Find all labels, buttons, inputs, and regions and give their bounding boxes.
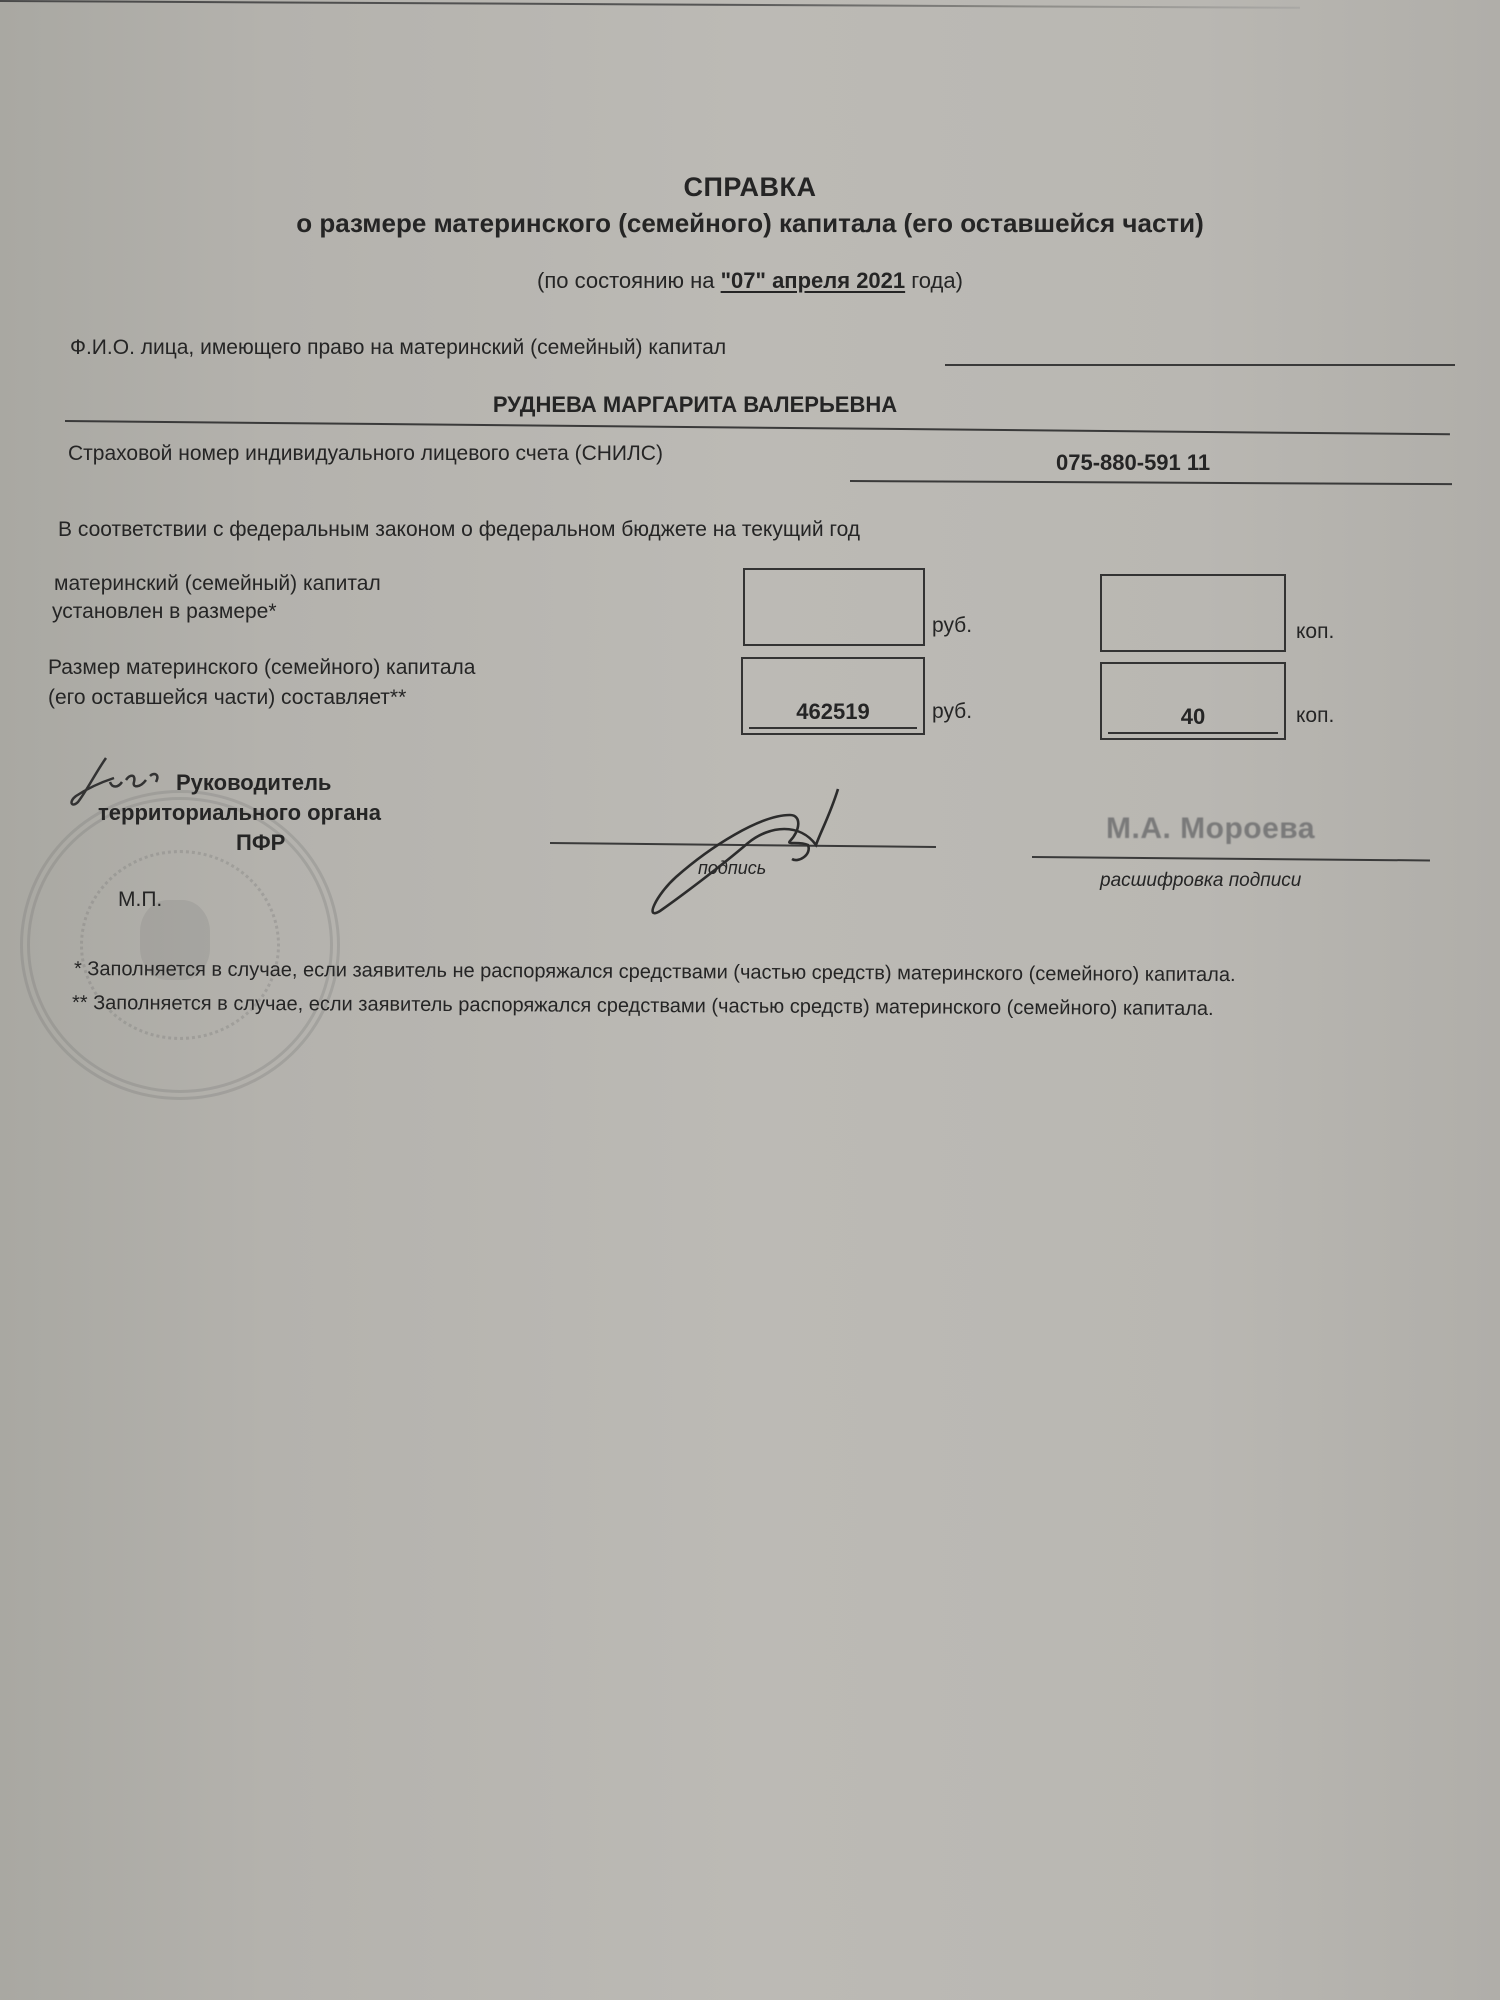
remaining-rub-unit: руб.: [932, 700, 972, 724]
signatory-role-line2: территориального органа: [98, 800, 381, 826]
remaining-label-line2: (его оставшейся части) составляет**: [48, 686, 406, 710]
signatory-role-line1: Руководитель: [176, 770, 331, 796]
as-of-suffix: года): [911, 268, 963, 293]
snils-label: Страховой номер индивидуального лицевого…: [68, 442, 663, 466]
fio-value: РУДНЕВА МАРГАРИТА ВАЛЕРЬЕВНА: [0, 392, 1390, 418]
remaining-kop-underline: [1108, 732, 1278, 734]
name-line: [1032, 856, 1430, 861]
document-subtitle: о размере материнского (семейного) капит…: [0, 208, 1500, 239]
fio-label-line: [945, 364, 1455, 366]
as-of-line: (по состоянию на "07" апреля 2021 года): [0, 268, 1500, 294]
as-of-prefix: (по состоянию на: [537, 268, 714, 293]
law-text: В соответствии с федеральным законом о ф…: [58, 518, 860, 542]
fio-value-line: [65, 420, 1450, 435]
remaining-kop-value: 40: [1102, 704, 1284, 730]
signatory-role-line3: ПФР: [236, 830, 285, 856]
fio-label: Ф.И.О. лица, имеющего право на материнск…: [70, 336, 726, 360]
snils-line: [850, 480, 1452, 485]
established-kop-unit: коп.: [1296, 620, 1334, 644]
remaining-rub-box: 462519: [741, 657, 925, 735]
remaining-kop-unit: коп.: [1296, 704, 1334, 728]
as-of-date: "07" апреля 2021: [721, 268, 906, 293]
snils-value: 075-880-591 11: [1056, 450, 1210, 476]
name-caption: расшифровка подписи: [1100, 870, 1301, 892]
handwritten-signature-icon: [640, 785, 860, 925]
established-label-line2: установлен в размере*: [52, 600, 277, 624]
document-title: СПРАВКА: [0, 172, 1500, 203]
established-kop-box: [1100, 574, 1286, 652]
document-page: СПРАВКА о размере материнского (семейног…: [0, 0, 1500, 2000]
remaining-rub-underline: [749, 727, 917, 729]
seal-label: М.П.: [118, 888, 162, 912]
remaining-kop-box: 40: [1100, 662, 1286, 740]
remaining-label-line1: Размер материнского (семейного) капитала: [48, 656, 475, 680]
top-rule: [0, 0, 1300, 9]
official-stamp: [20, 790, 340, 1100]
established-rub-unit: руб.: [932, 614, 972, 638]
established-label-line1: материнский (семейный) капитал: [54, 572, 381, 596]
established-rub-box: [743, 568, 925, 646]
remaining-rub-value: 462519: [743, 699, 923, 725]
signatory-name: М.А. Мороева: [1106, 812, 1315, 846]
